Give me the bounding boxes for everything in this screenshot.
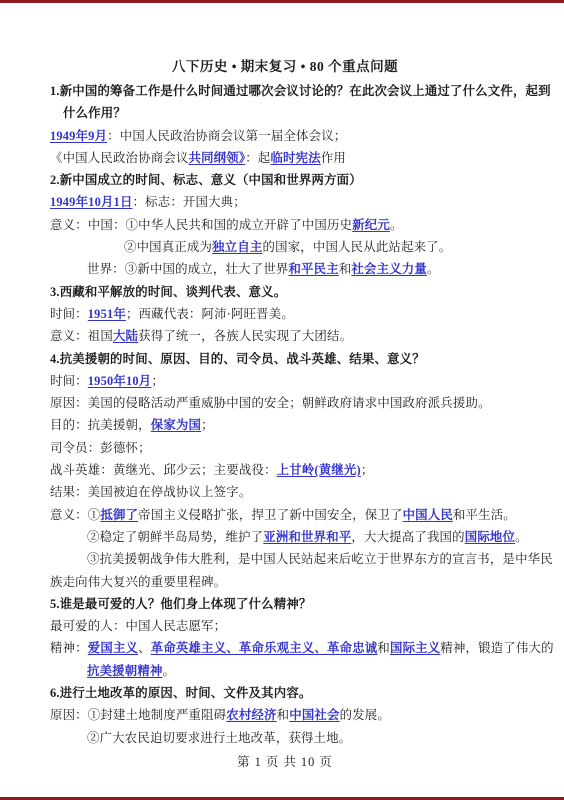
highlighted-term: 保家为国 [151,418,201,432]
question-line: 什么作用？ [50,102,520,124]
text-segment: ； [151,374,164,388]
text-segment: ，大大提高了我国的 [351,530,464,544]
highlighted-term: 临时宪法 [270,151,320,165]
text-segment: 原因：美国的侵略活动严重威胁中国的安全；朝鲜政府请求中国政府派兵援助。 [50,396,491,410]
question-line: 3.西藏和平解放的时间、谈判代表、意义。 [50,281,520,303]
answer-line: 族走向伟大复兴的重要里程碑。 [50,571,520,593]
text-segment: ③抗美援朝战争伟大胜利，是中国人民站起来后屹立于世界东方的宣言书，是中华民 [87,552,553,566]
text-segment: 的发展。 [340,708,390,722]
highlighted-term: 共同纲领》 [189,151,246,165]
highlighted-term: 大陆 [113,329,138,343]
highlighted-term: 国际地位 [465,530,515,544]
highlighted-term: 爱国主义 [88,641,138,655]
answer-line: 原因：①封建土地制度严重阻碍农村经济和中国社会的发展。 [50,704,520,726]
highlighted-term: 中国人民 [403,508,453,522]
text-segment: 时间： [50,307,88,321]
text-segment: 6.进行土地改革的原因、时间、文件及其内容。 [50,686,312,700]
text-segment: ；西藏代表：阿沛·阿旺晋美。 [126,307,294,321]
text-segment: 什么作用？ [63,106,126,120]
answer-line: 目的：抗美援朝，保家为国； [50,414,520,436]
text-segment: 司令员：彭德怀； [50,441,151,455]
highlighted-term: 上甘岭(黄继光) [277,463,361,477]
answer-line: 抗美援朝精神。 [50,660,520,682]
answer-line: ②稳定了朝鲜半岛局势，维护了亚洲和世界和平，大大提高了我国的国际地位。 [50,526,520,548]
text-segment: 的国家，中国人民从此站起来了。 [263,240,452,254]
text-segment: 意义：祖国 [50,329,113,343]
highlighted-term: 1950年10月 [88,374,152,388]
text-segment: 族走向伟大复兴的重要里程碑。 [50,575,226,589]
answer-line: 结果：美国被迫在停战协议上签字。 [50,481,520,503]
highlighted-term: 1949年9月 [50,129,107,143]
text-segment: ②稳定了朝鲜半岛局势，维护了 [87,530,263,544]
answer-line: 司令员：彭德怀； [50,437,520,459]
text-segment: 时间： [50,374,88,388]
text-segment: 世界：③新中国的成立，壮大了世界 [87,262,288,276]
text-segment: 2.新中国成立的时间、标志、意义（中国和世界两方面） [50,173,362,187]
highlighted-term: 国际主义 [390,641,440,655]
answer-line: 时间：1950年10月； [50,370,520,392]
text-segment: 、 [138,641,151,655]
text-segment: 3.西藏和平解放的时间、谈判代表、意义。 [50,285,286,299]
text-segment: 最可爱的人：中国人民志愿军； [50,619,226,633]
text-segment: 《中国人民政治协商会议 [50,151,189,165]
text-segment: 1.新中国的筹备工作是什么时间通过哪次会议讨论的？在此次会议上通过了什么文件，起… [50,84,551,98]
answer-line: 《中国人民政治协商会议共同纲领》：起临时宪法作用 [50,147,520,169]
page-number-footer: 第 1 页 共 10 页 [50,751,520,773]
question-line: 6.进行土地改革的原因、时间、文件及其内容。 [50,682,520,704]
highlighted-term: 和平民主 [288,262,338,276]
answer-line: 精神：爱国主义、革命英雄主义、革命乐观主义、革命忠诚和国际主义精神，锻造了伟大的 [50,637,520,659]
text-segment: ②广大农民迫切要求进行土地改革，获得土地。 [87,731,351,745]
text-segment: ； [361,463,374,477]
answer-line: 原因：美国的侵略活动严重威胁中国的安全；朝鲜政府请求中国政府派兵援助。 [50,392,520,414]
text-segment: 意义：① [50,508,100,522]
text-segment: 意义：中国：①中华人民共和国的成立开辟了中国历史 [50,218,352,232]
question-line: 4.抗美援朝的时间、原因、目的、司令员、战斗英雄、结果、意义？ [50,348,520,370]
highlighted-term: 1949年10月1日 [50,195,133,209]
highlighted-term: 革命英雄主义、革命乐观主义、革命忠诚 [151,641,378,655]
highlighted-term: 社会主义力量 [351,262,427,276]
text-segment: 。 [427,262,440,276]
text-segment: 目的：抗美援朝， [50,418,151,432]
text-segment: 和 [277,708,290,722]
answer-line: ②中国真正成为独立自主的国家，中国人民从此站起来了。 [50,236,520,258]
highlighted-term: 亚洲和世界和平 [263,530,351,544]
text-segment: 原因：①封建土地制度严重阻碍 [50,708,226,722]
answer-line: 1949年9月：中国人民政治协商会议第一届全体会议； [50,125,520,147]
text-segment: 精神： [50,641,88,655]
text-segment: 结果：美国被迫在停战协议上签字。 [50,485,251,499]
page-title: 八下历史 • 期末复习 • 80 个重点问题 [50,56,520,80]
answer-line: 世界：③新中国的成立，壮大了世界和平民主和社会主义力量。 [50,258,520,280]
text-segment: 帝国主义侵略扩张，捍卫了新中国安全，保卫了 [138,508,402,522]
text-segment: 作用 [321,151,346,165]
answer-line: ③抗美援朝战争伟大胜利，是中国人民站起来后屹立于世界东方的宣言书，是中华民 [50,548,520,570]
highlighted-term: 中国社会 [289,708,339,722]
highlighted-term: 新纪元 [352,218,390,232]
answer-line: 意义：中国：①中华人民共和国的成立开辟了中国历史新纪元。 [50,214,520,236]
page-top-edge-line [0,0,564,3]
text-segment: 获得了统一，各族人民实现了大团结。 [138,329,352,343]
highlighted-term: 抗美援朝精神 [87,664,163,678]
text-segment: ：标志：开国大典； [133,195,246,209]
highlighted-term: 农村经济 [226,708,276,722]
text-segment: ：中国人民政治协商会议第一届全体会议； [107,129,346,143]
highlighted-term: 抵御了 [100,508,138,522]
text-segment: 和 [377,641,390,655]
answer-line: 时间：1951年；西藏代表：阿沛·阿旺晋美。 [50,303,520,325]
text-segment: 5.谁是最可爱的人？他们身上体现了什么精神？ [50,597,312,611]
answer-line: ②广大农民迫切要求进行土地改革，获得土地。 [50,727,520,749]
text-segment: 和平生活。 [453,508,516,522]
text-segment: ：起 [245,151,270,165]
text-segment: 4.抗美援朝的时间、原因、目的、司令员、战斗英雄、结果、意义？ [50,352,425,366]
answer-line: 意义：祖国大陆获得了统一，各族人民实现了大团结。 [50,325,520,347]
text-segment: ； [201,418,214,432]
text-segment: 。 [163,664,176,678]
question-line: 5.谁是最可爱的人？他们身上体现了什么精神？ [50,593,520,615]
question-line: 1.新中国的筹备工作是什么时间通过哪次会议讨论的？在此次会议上通过了什么文件，起… [50,80,520,102]
answer-line: 最可爱的人：中国人民志愿军； [50,615,520,637]
question-line: 2.新中国成立的时间、标志、意义（中国和世界两方面） [50,169,520,191]
text-segment: 和 [339,262,352,276]
answer-line: 1949年10月1日：标志：开国大典； [50,191,520,213]
highlighted-term: 1951年 [88,307,126,321]
text-segment: ②中国真正成为 [124,240,212,254]
answer-line: 战斗英雄：黄继光、邱少云；主要战役：上甘岭(黄继光)； [50,459,520,481]
document-page: 八下历史 • 期末复习 • 80 个重点问题 1.新中国的筹备工作是什么时间通过… [0,0,564,773]
highlighted-term: 独立自主 [212,240,262,254]
text-segment: 战斗英雄：黄继光、邱少云；主要战役： [50,463,277,477]
text-segment: 。 [515,530,528,544]
answer-line: 意义：①抵御了帝国主义侵略扩张，捍卫了新中国安全，保卫了中国人民和平生活。 [50,504,520,526]
document-lines: 1.新中国的筹备工作是什么时间通过哪次会议讨论的？在此次会议上通过了什么文件，起… [50,80,520,749]
text-segment: 精神，锻造了伟大的 [440,641,553,655]
text-segment: 。 [390,218,403,232]
